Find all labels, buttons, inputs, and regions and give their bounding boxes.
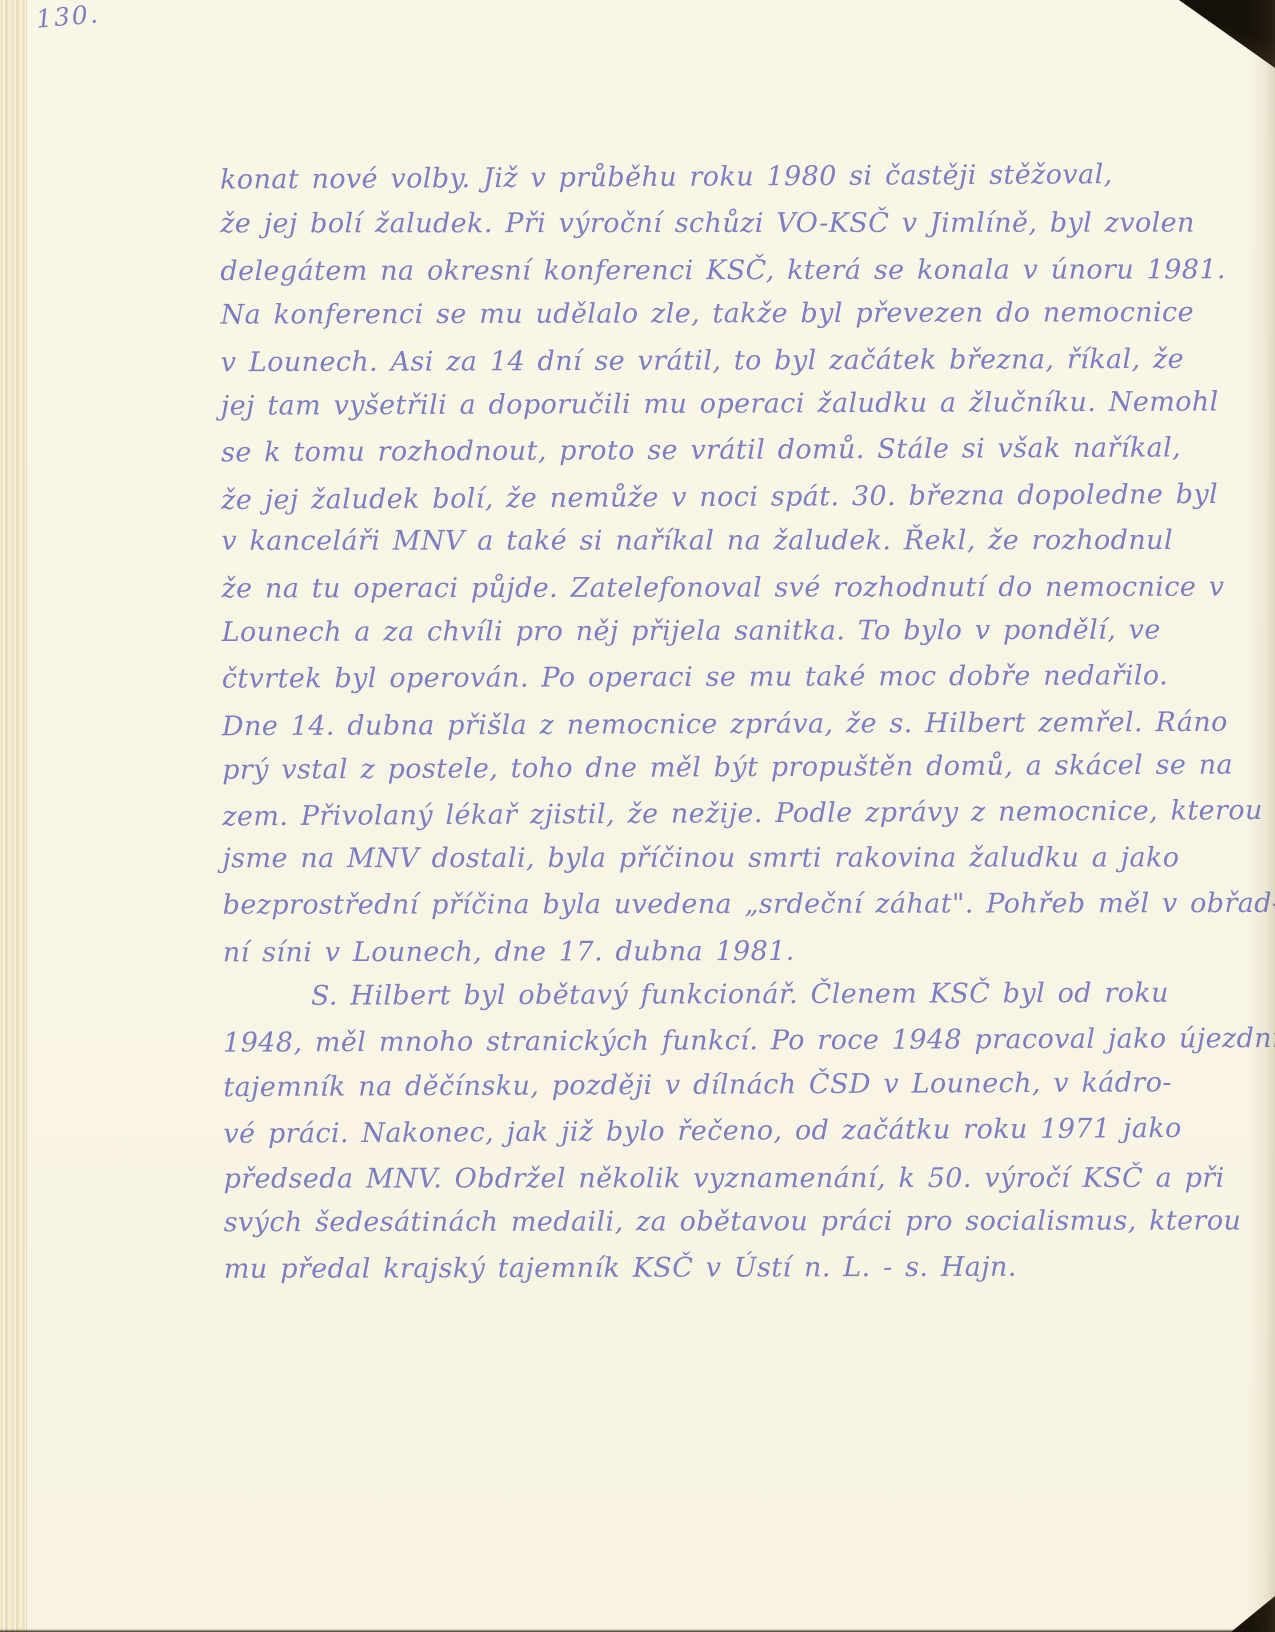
handwritten-line: Lounech a za chvíli pro něj přijela sani… [222,608,1142,656]
handwritten-line: v kanceláři MNV a také si naříkal na žal… [221,518,1141,564]
handwritten-line: zem. Přivolaný lékař zjistil, že nežije.… [222,789,1142,840]
handwritten-line: Na konferenci se mu udělalo zle, takže b… [221,290,1141,338]
page-corner-curl-bottom-right [1231,1596,1275,1632]
handwritten-line: čtvrtek byl operován. Po operaci se mu t… [222,654,1142,703]
handwritten-line: mu předal krajský tajemník KSČ v Ústí n.… [224,1245,1144,1293]
handwritten-line: delegátem na okresní konferenci KSČ, kte… [220,247,1140,294]
book-binding-gutter [0,0,27,1632]
handwritten-line: vé práci. Nakonec, jak již bylo řečeno, … [223,1106,1143,1157]
handwritten-line: že na tu operaci půjde. Zatelefonoval sv… [221,564,1141,611]
page-number: 130. [35,0,101,34]
handwritten-text-block: konat nové volby. Již v průběhu roku 198… [220,154,1144,1292]
handwritten-line: jsme na MNV dostali, byla příčinou smrti… [222,835,1142,881]
handwritten-line: prý vstal z postele, toho dne měl být pr… [222,743,1142,793]
handwritten-line: S. Hilbert byl obětavý funkcionář. Člene… [223,971,1143,1020]
handwritten-line: Dne 14. dubna přišla z nemocnice zpráva,… [222,700,1142,749]
handwritten-line: bezprostřední příčina byla uvedena „srde… [223,881,1143,928]
handwritten-line: jej tam vyšetřili a doporučili mu operac… [221,380,1141,429]
chronicle-page: 130. konat nové volby. Již v průběhu rok… [0,0,1275,1632]
handwritten-line: předseda MNV. Obdržel několik vyznamenán… [224,1155,1144,1201]
handwritten-line: ní síni v Lounech, dne 17. dubna 1981. [223,928,1143,976]
handwritten-line: 1948, měl mnoho stranických funkcí. Po r… [223,1017,1143,1066]
handwritten-line: v Lounech. Asi za 14 dní se vrátil, to b… [221,337,1141,386]
page-corner-curl-top-right [1179,0,1275,68]
handwritten-line: svých šedesátinách medaili, za obětavou … [224,1199,1144,1246]
handwritten-line: konat nové volby. Již v průběhu roku 198… [220,152,1140,203]
handwritten-line: se k tomu rozhodnout, proto se vrátil do… [221,426,1141,476]
handwritten-line: tajemník na děčínsku, později v dílnách … [223,1060,1143,1110]
handwritten-line: že jej žaludek bolí, že nemůže v noci sp… [221,472,1141,523]
handwritten-line: že jej bolí žaludek. Při výroční schůzi … [220,201,1140,247]
